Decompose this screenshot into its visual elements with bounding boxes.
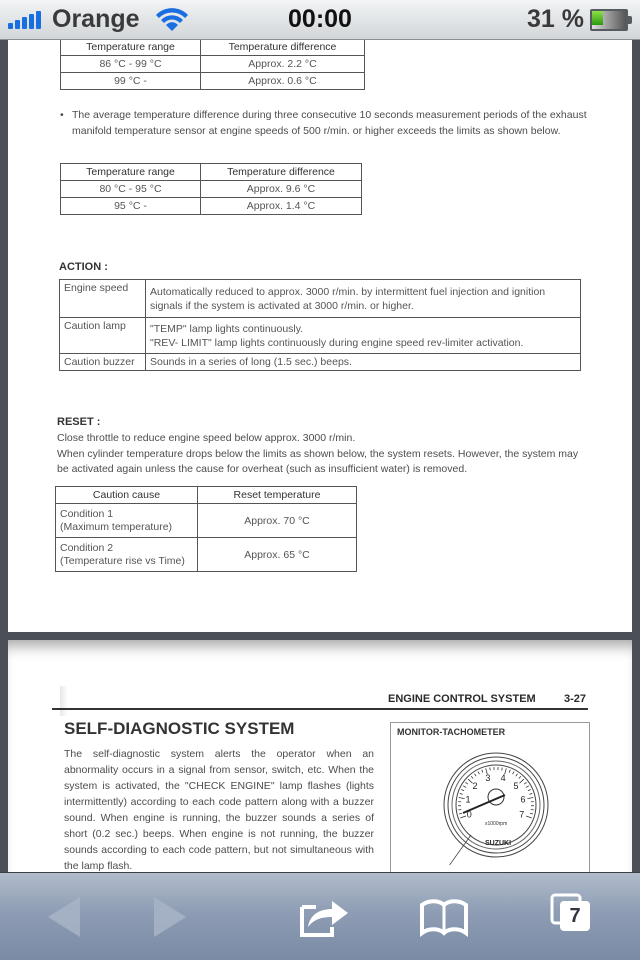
section-title: SELF-DIAGNOSTIC SYSTEM	[64, 719, 294, 739]
cell-line: "REV- LIMIT" lamp lights continuously du…	[150, 336, 576, 350]
reset-line: When cylinder temperature drops below th…	[57, 447, 587, 478]
table-cell: 99 °C -	[61, 73, 201, 90]
table-cell: Approx. 70 °C	[198, 504, 357, 538]
table-row: Engine speed Automatically reduced to ap…	[60, 280, 581, 318]
table-cell: Approx. 65 °C	[198, 538, 357, 572]
table-row: 80 °C - 95 °CApprox. 9.6 °C	[61, 181, 362, 198]
battery-icon	[590, 9, 632, 31]
back-arrow-icon	[34, 893, 94, 941]
document-page-1[interactable]: Temperature rangeTemperature difference …	[8, 40, 632, 632]
reset-table: Caution causeReset temperature Condition…	[55, 486, 357, 572]
svg-text:2: 2	[472, 781, 477, 791]
page-edge	[60, 686, 68, 716]
section-header: ENGINE CONTROL SYSTEM 3-27	[388, 693, 588, 705]
table-header: Temperature range	[61, 164, 201, 181]
cell-line: Condition 2	[60, 542, 193, 555]
tabs-button[interactable]: 7	[546, 893, 606, 941]
section-body: The self-diagnostic system alerts the op…	[64, 746, 374, 874]
table-cell: 80 °C - 95 °C	[61, 181, 201, 198]
tabs-count-badge: 7	[560, 901, 590, 931]
table-header: Caution cause	[56, 487, 198, 504]
cell-line: "TEMP" lamp lights continuously.	[150, 322, 576, 336]
page-number: 3-27	[564, 693, 586, 705]
document-page-2[interactable]: ENGINE CONTROL SYSTEM 3-27 SELF-DIAGNOST…	[8, 640, 632, 880]
temperature-table-2: Temperature rangeTemperature difference …	[60, 163, 362, 215]
svg-text:1: 1	[466, 794, 471, 804]
table-cell: 86 °C - 99 °C	[61, 56, 201, 73]
status-bar: Orange 00:00 31 %	[0, 0, 640, 40]
table-cell: Automatically reduced to approx. 3000 r/…	[146, 280, 581, 318]
svg-text:6: 6	[520, 794, 525, 804]
share-button[interactable]	[296, 893, 356, 941]
table-cell: Approx. 2.2 °C	[201, 56, 365, 73]
table-header: Reset temperature	[198, 487, 357, 504]
table-row: 86 °C - 99 °CApprox. 2.2 °C	[61, 56, 365, 73]
cell-line: Condition 1	[60, 508, 193, 521]
reset-paragraph: Close throttle to reduce engine speed be…	[57, 431, 587, 478]
table-row: Condition 1(Maximum temperature) Approx.…	[56, 504, 357, 538]
table-row: Caution lamp "TEMP" lamp lights continuo…	[60, 318, 581, 354]
cell-line: (Maximum temperature)	[60, 521, 193, 534]
table-header: Temperature range	[61, 39, 201, 56]
table-row: 99 °C -Approx. 0.6 °C	[61, 73, 365, 90]
bullet-icon: •	[60, 108, 64, 124]
bullet-paragraph: • The average temperature difference dur…	[60, 108, 590, 139]
table-cell: Condition 2(Temperature rise vs Time)	[56, 538, 198, 572]
book-icon	[414, 893, 474, 941]
table-cell: Condition 1(Maximum temperature)	[56, 504, 198, 538]
table-header: Temperature difference	[201, 39, 365, 56]
back-button[interactable]	[34, 893, 94, 941]
reset-line: Close throttle to reduce engine speed be…	[57, 431, 587, 447]
table-row: Caution buzzer Sounds in a series of lon…	[60, 354, 581, 371]
header-rule	[52, 708, 588, 710]
svg-text:3: 3	[485, 773, 490, 783]
svg-text:SUZUKI: SUZUKI	[485, 840, 511, 847]
action-heading: ACTION :	[59, 261, 108, 273]
table-cell: Approx. 0.6 °C	[201, 73, 365, 90]
forward-arrow-icon	[140, 893, 200, 941]
action-table: Engine speed Automatically reduced to ap…	[59, 279, 581, 371]
browser-toolbar: 7	[0, 872, 640, 960]
table-cell: Engine speed	[60, 280, 146, 318]
table-header: Temperature difference	[201, 164, 362, 181]
forward-button[interactable]	[140, 893, 200, 941]
figure-caption: MONITOR-TACHOMETER	[397, 727, 505, 737]
svg-text:x1000rpm: x1000rpm	[485, 821, 507, 827]
share-icon	[296, 893, 356, 941]
battery-percentage: 31 %	[527, 5, 584, 34]
table-row: Condition 2(Temperature rise vs Time) Ap…	[56, 538, 357, 572]
cell-line: (Temperature rise vs Time)	[60, 555, 193, 568]
tachometer-illustration: 01234567 x1000rpm SUZUKI	[441, 745, 551, 865]
svg-text:5: 5	[514, 781, 519, 791]
reset-heading: RESET :	[57, 416, 100, 428]
table-cell: Approx. 9.6 °C	[201, 181, 362, 198]
temperature-table-1: Temperature rangeTemperature difference …	[60, 38, 365, 90]
table-cell: "TEMP" lamp lights continuously."REV- LI…	[146, 318, 581, 354]
table-cell: Caution buzzer	[60, 354, 146, 371]
tachometer-figure: MONITOR-TACHOMETER 01234567 x1000rpm SUZ…	[390, 722, 590, 880]
table-cell: Approx. 1.4 °C	[201, 198, 362, 215]
table-row: 95 °C -Approx. 1.4 °C	[61, 198, 362, 215]
table-cell: 95 °C -	[61, 198, 201, 215]
cell-line: Automatically reduced to approx. 3000 r/…	[150, 285, 576, 299]
bullet-text: The average temperature difference durin…	[72, 109, 587, 137]
svg-text:7: 7	[519, 810, 524, 820]
svg-text:4: 4	[501, 773, 506, 783]
bookmarks-button[interactable]	[414, 893, 474, 941]
section-name: ENGINE CONTROL SYSTEM	[388, 693, 536, 705]
table-cell: Sounds in a series of long (1.5 sec.) be…	[146, 354, 581, 371]
cell-line: signals if the system is activated at 30…	[150, 299, 576, 313]
table-cell: Caution lamp	[60, 318, 146, 354]
